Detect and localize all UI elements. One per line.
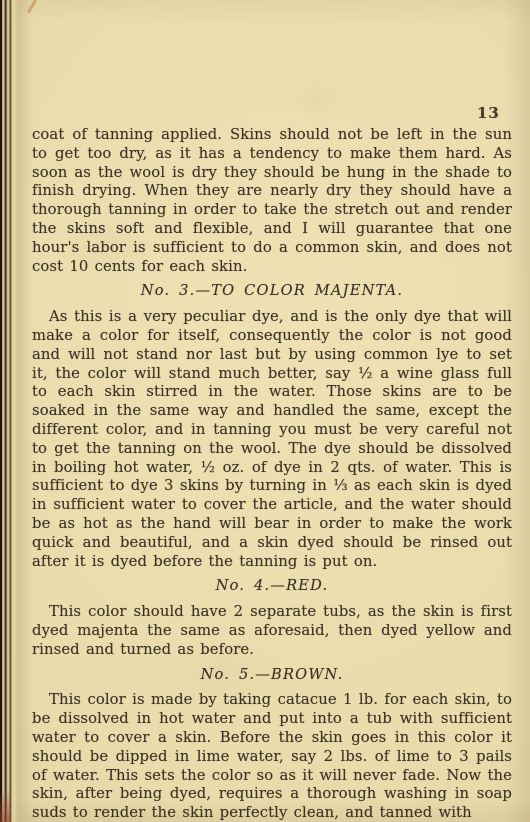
paragraph-brown-dye-instructions: This color is made by taking catacue 1 l… (32, 691, 512, 822)
book-binding-edge (0, 0, 18, 822)
scanned-book-page: 13 coat of tanning applied. Skins should… (0, 0, 530, 822)
page-number: 13 (477, 104, 500, 122)
section-heading-no5-brown: No. 5.—BROWN. (32, 666, 512, 685)
page-corner-stain (0, 788, 11, 822)
paragraph-magenta-dye-instructions: As this is a very peculiar dye, and is t… (32, 308, 512, 571)
page-text-block: coat of tanning applied. Skins should no… (32, 126, 512, 822)
section-heading-no4-red: No. 4.—RED. (32, 577, 512, 596)
paragraph-red-dye-instructions: This color should have 2 separate tubs, … (32, 603, 512, 659)
section-heading-no3-magenta: No. 3.—TO COLOR MAJENTA. (32, 282, 512, 301)
paragraph-tanning-continuation: coat of tanning applied. Skins should no… (32, 126, 512, 276)
